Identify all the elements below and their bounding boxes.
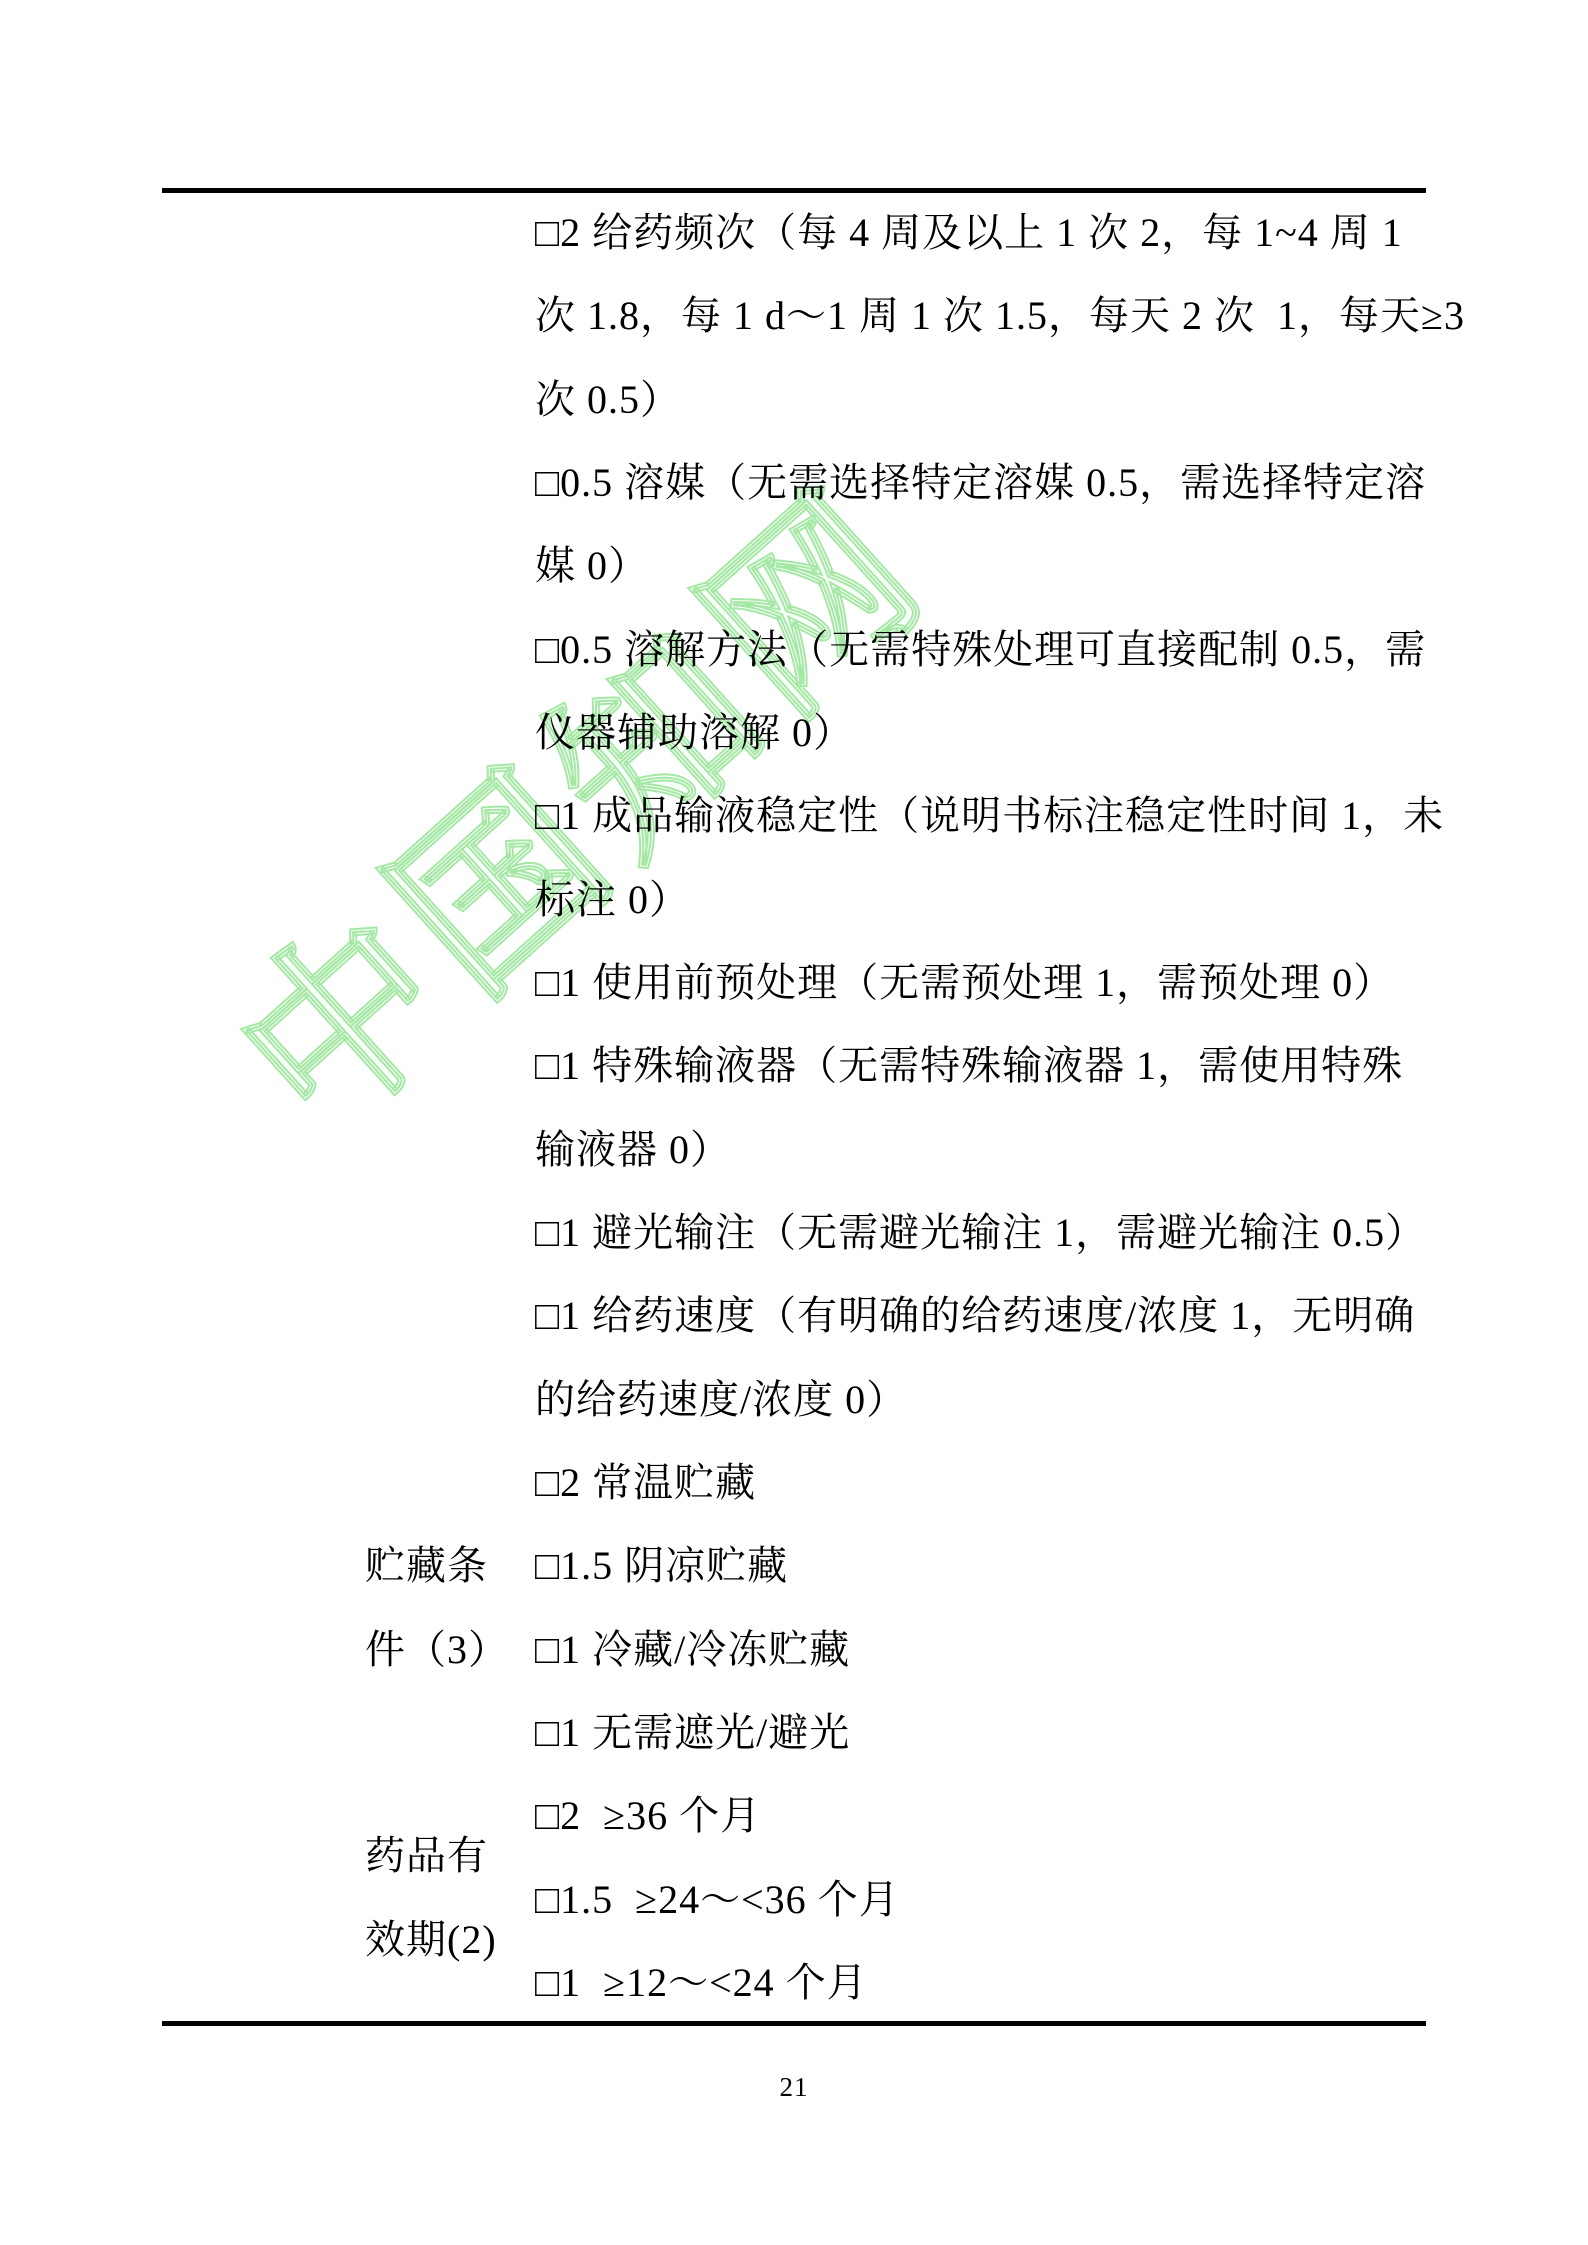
document-page: 中国知网 □2 给药频次（每 4 周及以上 1 次 2，每 1~4 周 1 次 … — [0, 0, 1588, 2245]
score-line-storage-cool: □1.5 阴凉贮藏 — [535, 1538, 788, 1594]
score-line-speed-1: □1 给药速度（有明确的给药速度/浓度 1，无明确 — [535, 1288, 1415, 1344]
score-line-validity-24-36: □1.5 ≥24～<36 个月 — [535, 1872, 900, 1928]
score-line-storage-fridge: □1 冷藏/冷冻贮藏 — [535, 1622, 850, 1678]
table-top-border — [162, 188, 1426, 193]
score-line-dissolve-1: □0.5 溶解方法（无需特殊处理可直接配制 0.5，需 — [535, 622, 1426, 678]
score-line-storage-shade: □1 无需遮光/避光 — [535, 1705, 850, 1761]
score-line-validity-12-24: □1 ≥12～<24 个月 — [535, 1955, 868, 2011]
score-line-infusion-set-2: 输液器 0） — [535, 1122, 731, 1178]
score-line-frequency-3: 次 0.5） — [535, 372, 681, 428]
score-line-light-protect: □1 避光输注（无需避光输注 1，需避光输注 0.5） — [535, 1205, 1426, 1261]
score-line-stability-1: □1 成品输液稳定性（说明书标注稳定性时间 1，未 — [535, 788, 1444, 844]
score-line-frequency-1: □2 给药频次（每 4 周及以上 1 次 2，每 1~4 周 1 — [535, 205, 1403, 261]
row-label-storage-1: 贮藏条 — [365, 1538, 488, 1594]
row-label-storage-2: 件（3） — [365, 1622, 509, 1678]
page-number: 21 — [0, 2072, 1588, 2103]
score-line-stability-2: 标注 0） — [535, 872, 690, 928]
score-line-speed-2: 的给药速度/浓度 0） — [535, 1372, 907, 1428]
score-line-pretreat: □1 使用前预处理（无需预处理 1，需预处理 0） — [535, 955, 1394, 1011]
row-label-validity-1: 药品有 — [365, 1828, 488, 1884]
score-line-dissolve-2: 仪器辅助溶解 0） — [535, 705, 854, 761]
score-line-validity-36: □2 ≥36 个月 — [535, 1788, 761, 1844]
score-line-infusion-set-1: □1 特殊输液器（无需特殊输液器 1，需使用特殊 — [535, 1038, 1403, 1094]
row-label-validity-2: 效期(2) — [365, 1912, 497, 1968]
table-bottom-border — [162, 2021, 1426, 2026]
score-line-storage-normal: □2 常温贮藏 — [535, 1455, 756, 1511]
score-line-solvent-1: □0.5 溶媒（无需选择特定溶媒 0.5，需选择特定溶 — [535, 455, 1426, 511]
score-line-frequency-2: 次 1.8，每 1 d～1 周 1 次 1.5，每天 2 次 1，每天≥3 — [535, 288, 1465, 344]
score-line-solvent-2: 媒 0） — [535, 538, 649, 594]
